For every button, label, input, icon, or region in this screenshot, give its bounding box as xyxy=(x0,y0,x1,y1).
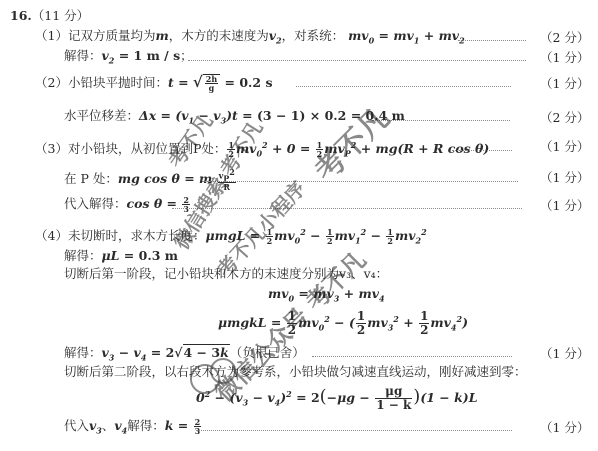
leader-dots xyxy=(202,181,518,182)
part4-solve2-points: （1 分） xyxy=(540,344,589,362)
part1-statement: （1）记双方质量均为m，木方的末速度为v2，对系统： mv0 = mv1 + m… xyxy=(35,28,465,49)
part4-label: （4） xyxy=(35,228,68,243)
part4-text: 未切断时，求木方长度： xyxy=(68,228,206,243)
part3-result: 代入解得：cos θ = 23 xyxy=(64,196,191,213)
part4-statement: （4）未切断时，求木方长度：μmgL = 12mv02 − 12mv12 − 1… xyxy=(35,224,427,249)
stage2-kinematics-equation: 02 − (v3 − v4)2 = 2(−μg − μg1 − k)(1 − k… xyxy=(196,382,477,415)
part1-equation: mv0 = mv1 + mv2 xyxy=(348,28,465,43)
part4-final: 代入v3、v4解得：k = 23 xyxy=(64,418,202,439)
leader-dots xyxy=(452,150,512,151)
momentum-equation: mv0 = mv3 + mv4 xyxy=(268,286,385,307)
part3-atp-points: （1 分） xyxy=(540,168,589,186)
part3-at-p: 在 P 处：mg cos θ = m vP2R xyxy=(64,168,237,191)
part3-statement: （3）对小铅块，从初位置到P处：12mv02 + 0 = 12mvP2 + mg… xyxy=(35,137,489,162)
disp-equation: Δx = (v1 − v3)t = (3 − 1) × 0.2 = 0.4 m xyxy=(139,108,405,123)
leader-dots xyxy=(372,120,510,121)
v2-symbol: v2 xyxy=(269,28,282,43)
part1-text: 记双方质量均为 xyxy=(68,28,156,43)
final-label: 代入v3、v4解得： xyxy=(64,418,165,433)
part2-statement: （2）小铅块平抛时间：t = √2hg = 0.2 s xyxy=(35,74,273,92)
result-label: 代入解得： xyxy=(64,196,127,211)
problem-header: 16.（11 分） xyxy=(10,8,89,24)
relative-velocity-equation: v3 − v4 = 2√4 − 3k xyxy=(102,345,230,360)
part2-points: （1 分） xyxy=(540,74,589,92)
disp-label: 水平位移差： xyxy=(64,108,139,123)
solve-label: 解得： xyxy=(64,248,102,263)
solve-label: 解得： xyxy=(64,345,102,360)
part4-length: 解得：μL = 0.3 m xyxy=(64,248,178,264)
work-energy-equation: μmgL = 12mv02 − 12mv12 − 12mv22 xyxy=(205,228,426,243)
part3-text: 对小铅块，从初位置到P处： xyxy=(68,141,226,156)
leader-dots xyxy=(196,430,512,431)
energy-equation: 12mv02 + 0 = 12mvP2 + mg(R + R cos θ) xyxy=(226,141,489,156)
part4-relative-velocity: 解得：v3 − v4 = 2√4 − 3k（负根已舍） xyxy=(64,344,305,366)
stage1-energy-equation: μmgkL = 12mv02 − (12mv32 + 12mv42) xyxy=(218,308,468,339)
mass-symbol: m xyxy=(155,28,168,43)
part2-disp-points: （2 分） xyxy=(540,108,589,126)
part1-text2: ，木方的末速度为 xyxy=(169,28,269,43)
part1-text3: ，对系统： xyxy=(282,28,345,43)
part4-stage1-text: 切断后第一阶段，记小铅块和木方的末速度分别为v₃、v₄： xyxy=(64,266,388,282)
part2-text: 小铅块平抛时间： xyxy=(68,75,168,90)
part4-stage2-text: 切断后第二阶段，以右段木方为参考系，小铅块做匀减速直线运动，刚好减速到零： xyxy=(64,364,527,380)
leader-dots xyxy=(172,208,522,209)
leader-dots xyxy=(312,356,512,357)
solve-equation: v2 = 1 m / s xyxy=(102,48,181,63)
part3-points: （1 分） xyxy=(540,137,589,155)
solve-label: 解得： xyxy=(64,48,102,63)
part1-solution: 解得：v2 = 1 m / s； xyxy=(64,48,193,69)
leader-dots xyxy=(458,40,526,41)
part1-label: （1） xyxy=(35,28,68,43)
problem-points: （11 分） xyxy=(32,8,89,23)
part2-displacement: 水平位移差：Δx = (v1 − v3)t = (3 − 1) × 0.2 = … xyxy=(64,108,405,129)
negative-root-note: （负根已舍） xyxy=(230,345,305,360)
centripetal-equation: mg cos θ = m vP2R xyxy=(118,171,237,186)
fall-time-equation: t = √2hg = 0.2 s xyxy=(168,75,273,90)
part4-final-points: （1 分） xyxy=(540,418,589,436)
leader-dots xyxy=(188,60,526,61)
length-result: μL = 0.3 m xyxy=(102,248,178,263)
part3-label: （3） xyxy=(35,141,68,156)
leader-dots xyxy=(296,86,511,87)
problem-number: 16. xyxy=(10,8,32,23)
part1-points: （2 分） xyxy=(540,28,589,46)
part1-solve-points: （1 分） xyxy=(540,48,589,66)
part3-sub-points: （1 分） xyxy=(540,196,589,214)
part2-label: （2） xyxy=(35,75,68,90)
at-p-label: 在 P 处： xyxy=(64,171,118,186)
